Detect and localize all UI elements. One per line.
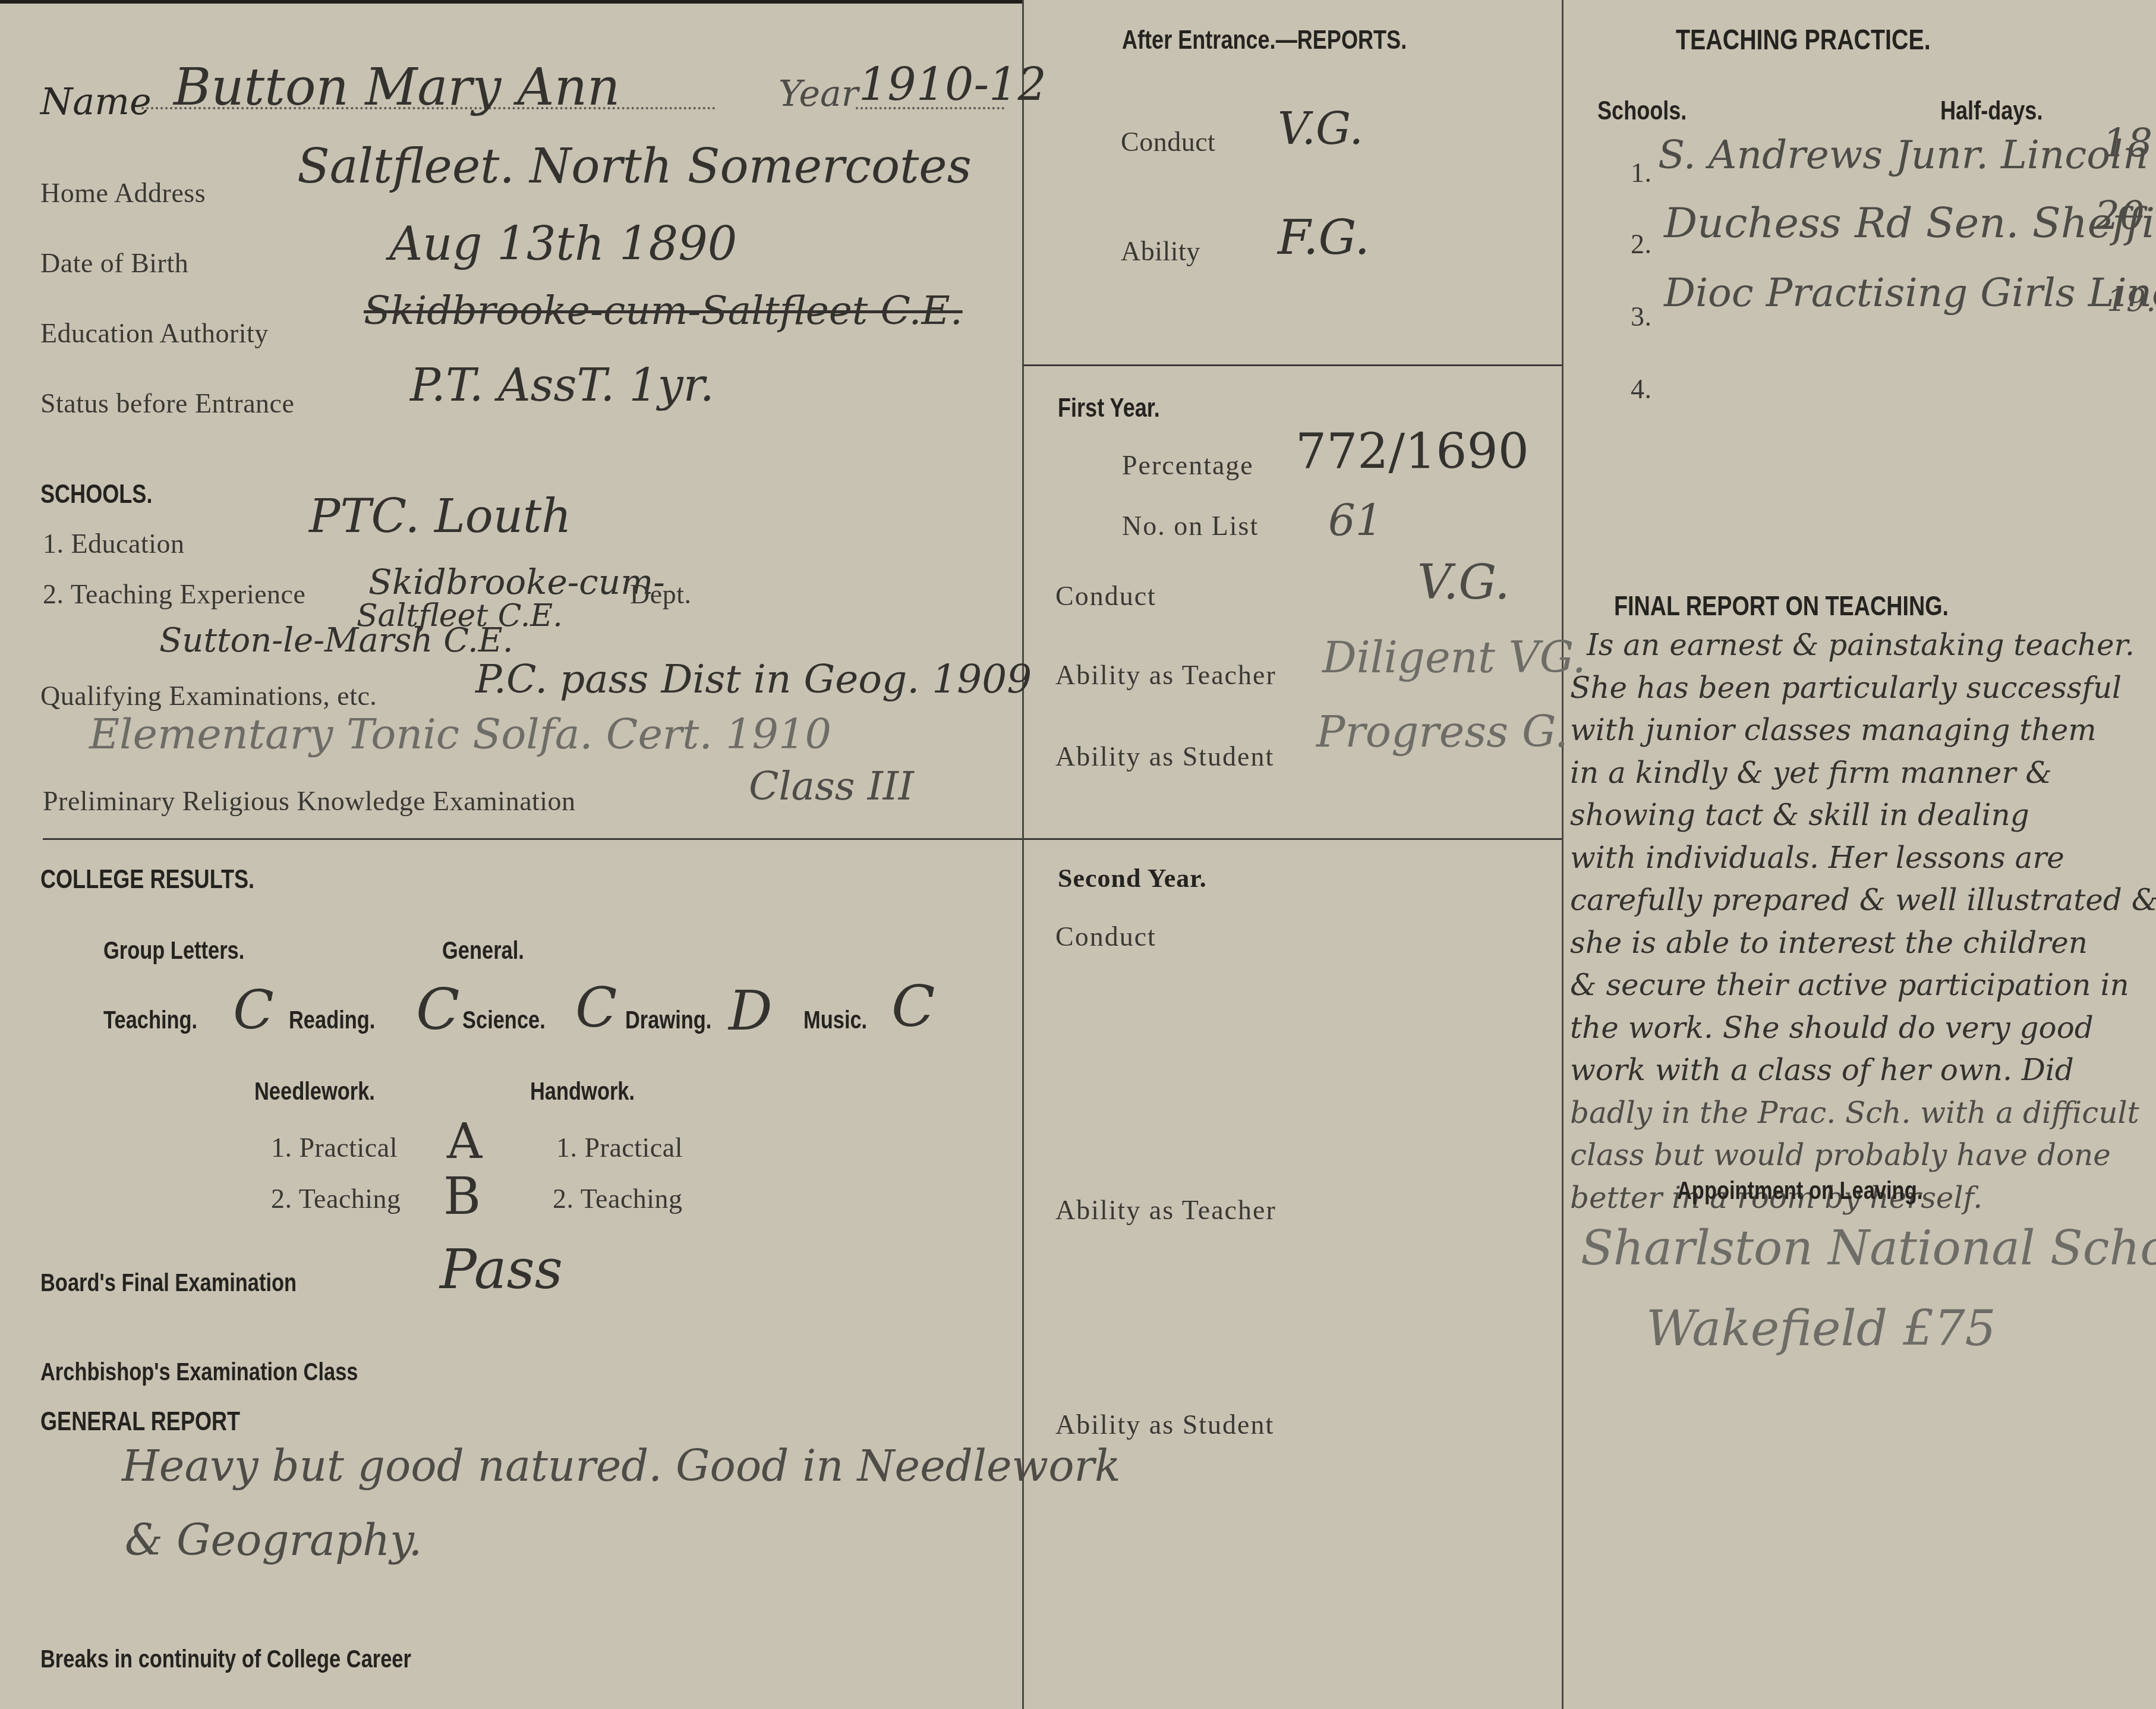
handwork-teaching-label: 2. Teaching bbox=[553, 1185, 683, 1213]
ability-teacher-value: Diligent VG. bbox=[1322, 636, 1586, 679]
education-label: 1. Education bbox=[43, 530, 185, 558]
breaks-label: Breaks in continuity of College Career bbox=[40, 1647, 411, 1672]
entrance-conduct-value: V.G. bbox=[1278, 107, 1363, 151]
name-value: Button Mary Ann bbox=[174, 62, 620, 113]
final-report-line: in a kindly & yet firm manner & bbox=[1570, 758, 2052, 788]
teaching-experience-value-1: Skidbrooke-cum- bbox=[368, 565, 665, 599]
final-report-line: she is able to interest the children bbox=[1570, 928, 2088, 958]
prelim-label: Preliminary Religious Knowledge Examinat… bbox=[43, 788, 576, 815]
boards-final-label: Board's Final Examination bbox=[40, 1270, 297, 1295]
subject-label: Science. bbox=[462, 1008, 546, 1033]
ability-teacher-label: Ability as Teacher bbox=[1055, 662, 1276, 689]
final-report-line: She has been particularly successful bbox=[1570, 673, 2122, 703]
ability-student-value: Progress G. bbox=[1316, 710, 1568, 753]
entrance-ability-label: Ability bbox=[1121, 238, 1200, 265]
practice-row-number: 3. bbox=[1631, 303, 1652, 331]
boards-final-value: Pass bbox=[440, 1242, 563, 1297]
schools-column-label: Schools. bbox=[1597, 98, 1687, 124]
final-report-line: & secure their active participation in bbox=[1570, 970, 2129, 1000]
percentage-label: Percentage bbox=[1122, 452, 1254, 479]
subject-grade: C bbox=[891, 978, 935, 1035]
second-year-ability-teacher-label: Ability as Teacher bbox=[1055, 1197, 1276, 1224]
first-year-heading: First Year. bbox=[1058, 395, 1160, 421]
scan-edge bbox=[0, 0, 1022, 4]
entrance-conduct-label: Conduct bbox=[1121, 128, 1215, 156]
college-results-heading: COLLEGE RESULTS. bbox=[40, 867, 254, 893]
final-report-heading: FINAL REPORT ON TEACHING. bbox=[1614, 592, 1949, 619]
practice-school: Dioc Practising Girls Lincoln bbox=[1664, 273, 2156, 313]
home-address-label: Home Address bbox=[40, 180, 206, 207]
practice-school: Duchess Rd Sen. Sheffield bbox=[1664, 202, 2156, 244]
final-report-line: with individuals. Her lessons are bbox=[1570, 843, 2064, 873]
appointment-label: Appointment on Leaving. bbox=[1677, 1178, 1922, 1203]
dept-label: Dept. bbox=[630, 581, 691, 608]
subject-grade: D bbox=[729, 984, 773, 1038]
subject-label: Drawing. bbox=[625, 1008, 711, 1033]
practice-school: S. Andrews Junr. Lincoln bbox=[1658, 136, 2148, 175]
final-report-line: Is an earnest & painstaking teacher. bbox=[1587, 630, 2135, 660]
needlework-label: Needlework. bbox=[254, 1079, 375, 1104]
practice-half-days: 20 bbox=[2095, 196, 2145, 235]
no-on-list-label: No. on List bbox=[1122, 512, 1259, 540]
second-year-heading: Second Year. bbox=[1058, 865, 1207, 892]
qualifying-label: Qualifying Examinations, etc. bbox=[40, 682, 377, 710]
appointment-line-2: Wakefield £75 bbox=[1646, 1305, 1996, 1354]
education-authority-label: Education Authority bbox=[40, 320, 269, 347]
teaching-experience-label: 2. Teaching Experience bbox=[43, 581, 305, 608]
schools-heading: SCHOOLS. bbox=[40, 481, 152, 508]
subject-grade: C bbox=[416, 981, 459, 1038]
practice-half-days: 18 bbox=[2103, 124, 2152, 163]
practice-row-number: 2. bbox=[1631, 231, 1652, 258]
reports-heading: After Entrance.—REPORTS. bbox=[1122, 27, 1407, 53]
practice-row-number: 1. bbox=[1631, 159, 1652, 187]
name-label: Name bbox=[40, 83, 152, 120]
subject-grade: C bbox=[575, 981, 617, 1036]
needlework-practical-label: 1. Practical bbox=[271, 1134, 398, 1162]
prelim-value: Class III bbox=[749, 767, 914, 806]
status-value: P.T. AssT. 1yr. bbox=[410, 363, 714, 408]
teaching-experience-value-3: Sutton-le-Marsh C.E. bbox=[159, 624, 513, 657]
teaching-practice-heading: TEACHING PRACTICE. bbox=[1676, 26, 1931, 55]
dob-value: Aug 13th 1890 bbox=[389, 221, 737, 267]
status-label: Status before Entrance bbox=[40, 390, 294, 417]
handwork-practical-label: 1. Practical bbox=[556, 1134, 683, 1162]
subject-grade: C bbox=[233, 984, 274, 1037]
subject-label: Teaching. bbox=[103, 1008, 197, 1033]
needlework-teaching-label: 2. Teaching bbox=[271, 1185, 401, 1213]
entrance-ability-value: F.G. bbox=[1278, 214, 1370, 262]
general-report-line-1: Heavy but good natured. Good in Needlewo… bbox=[122, 1444, 1121, 1487]
first-year-conduct-value: V.G. bbox=[1417, 559, 1510, 606]
subject-label: Reading. bbox=[289, 1008, 375, 1033]
practice-half-days: 19. bbox=[2107, 285, 2156, 316]
ability-student-label: Ability as Student bbox=[1055, 743, 1274, 770]
percentage-value: 772/1690 bbox=[1296, 428, 1529, 477]
practice-row-number: 4. bbox=[1631, 376, 1652, 403]
general-report-label: GENERAL REPORT bbox=[40, 1409, 240, 1435]
rule-middle-entrance bbox=[1023, 364, 1562, 366]
dob-label: Date of Birth bbox=[40, 250, 188, 277]
education-value: PTC. Louth bbox=[309, 493, 572, 540]
needlework-teaching-grade: B bbox=[443, 1171, 481, 1222]
final-report-line: with junior classes managing them bbox=[1570, 715, 2097, 745]
year-value: 1910-12 bbox=[859, 62, 1047, 107]
education-authority-value: Skidbrooke-cum-Saltfleet C.E. bbox=[364, 291, 963, 331]
subject-label: Music. bbox=[803, 1008, 867, 1033]
archbishop-label: Archbishop's Examination Class bbox=[40, 1359, 358, 1384]
final-report-line: the work. She should do very good bbox=[1570, 1013, 2094, 1043]
half-days-column-label: Half-days. bbox=[1940, 98, 2042, 124]
year-label: Year bbox=[778, 76, 858, 112]
column-divider-right bbox=[1562, 0, 1564, 1709]
home-address-value: Saltfleet. North Somercotes bbox=[297, 143, 972, 190]
qualifying-value-2: Elementary Tonic Solfa. Cert. 1910 bbox=[89, 713, 831, 755]
needlework-practical-grade: A bbox=[447, 1118, 482, 1166]
final-report-line: carefully prepared & well illustrated & bbox=[1570, 885, 2156, 915]
final-report-line: showing tact & skill in dealing bbox=[1570, 800, 2029, 830]
no-on-list-value: 61 bbox=[1328, 499, 1383, 542]
final-report-line: badly in the Prac. Sch. with a difficult bbox=[1570, 1098, 2139, 1128]
appointment-line-1: Sharlston National School bbox=[1581, 1225, 2156, 1272]
first-year-conduct-label: Conduct bbox=[1055, 583, 1156, 610]
general-report-line-2: & Geography. bbox=[125, 1519, 422, 1562]
rule-middle-first-year bbox=[1023, 838, 1562, 840]
second-year-ability-student-label: Ability as Student bbox=[1055, 1411, 1274, 1439]
general-label: General. bbox=[442, 938, 524, 963]
final-report-line: work with a class of her own. Did bbox=[1570, 1055, 2074, 1085]
second-year-conduct-label: Conduct bbox=[1055, 923, 1156, 951]
group-letters-label: Group Letters. bbox=[103, 938, 244, 963]
qualifying-value-1: P.C. pass Dist in Geog. 1909 bbox=[475, 660, 1032, 699]
final-report-line: class but would probably have done bbox=[1570, 1140, 2111, 1170]
rule-left-schools bbox=[43, 838, 1022, 840]
handwork-label: Handwork. bbox=[530, 1079, 635, 1104]
